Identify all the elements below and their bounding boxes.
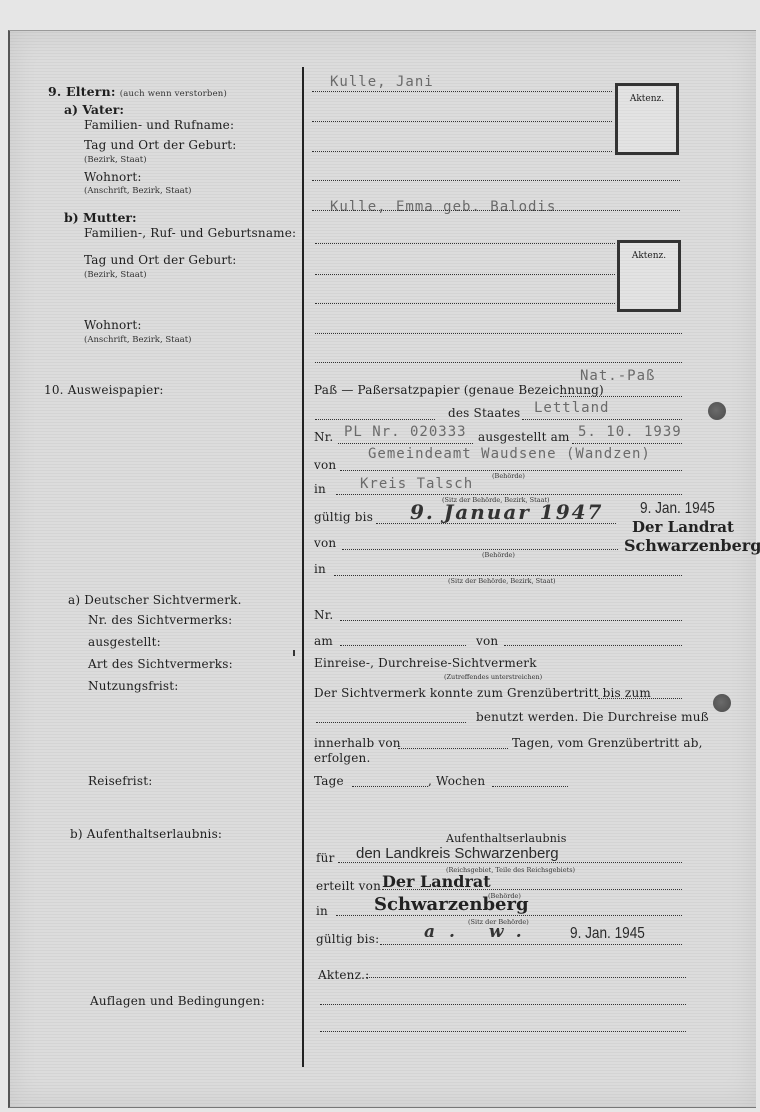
ae-fuer-value: den Landkreis Schwarzenberg [356, 845, 559, 862]
tage-label: Tage [314, 774, 344, 788]
stamp-schwarzenberg: Schwarzenberg [624, 536, 760, 555]
gueltig-label: gültig bis [314, 510, 373, 524]
ae-fuer-label: für [316, 851, 335, 865]
dotted-line [336, 494, 682, 495]
dotted-line [560, 396, 682, 397]
dotted-line [336, 915, 682, 916]
dotted-line [342, 549, 618, 550]
aktenz-box-label: Aktenz. [620, 251, 678, 261]
dotted-line [492, 786, 568, 787]
vater-wohnort-label: Wohnort: [84, 170, 142, 184]
dotted-line [340, 470, 682, 471]
staat-value: Lettland [534, 400, 609, 416]
dotted-line [572, 443, 682, 444]
reisefrist-label: Reisefrist: [88, 774, 152, 788]
gueltig-handwritten-value: 9. Januar 1947 [410, 500, 603, 524]
sichtvermerk-nr-label: Nr. des Sichtvermerks: [88, 613, 232, 627]
behoerde2-sub: (Behörde) [482, 551, 515, 559]
auflagen-label: Auflagen und Bedingungen: [90, 994, 265, 1008]
sitz2-sub: (Sitz der Behörde, Bezirk, Staat) [448, 577, 556, 585]
sv-von-label: von [476, 634, 498, 648]
sichtvermerk-nutzung-label: Nutzungsfrist: [88, 679, 179, 693]
ausgestellt-label: ausgestellt am [478, 430, 570, 444]
in2-label: in [314, 562, 326, 576]
mutter-geburt-label: Tag und Ort der Geburt: [84, 253, 237, 267]
dotted-line [320, 1004, 686, 1005]
aktenz-box-label: Aktenz. [618, 94, 676, 104]
pass-type-value: Nat.-Paß [580, 368, 655, 384]
in-label: in [314, 482, 326, 496]
dotted-line [320, 1031, 686, 1032]
punch-hole [713, 694, 731, 712]
vater-geburt-label: Tag und Ort der Geburt: [84, 138, 237, 152]
dotted-line [380, 944, 682, 945]
vater-name-value: Kulle, Jani [330, 74, 434, 90]
pass-number-value: PL Nr. 020333 [344, 424, 467, 440]
mutter-name-label: Familien-, Ruf- und Geburtsname: [84, 226, 296, 240]
von-label: von [314, 458, 336, 472]
sv-text-3b: Tagen, vom Grenzübertritt ab, [512, 736, 703, 750]
dotted-line [334, 575, 682, 576]
sv-nr-label: Nr. [314, 608, 333, 622]
section-10-title: 10. Ausweispapier: [44, 383, 164, 397]
dotted-line [312, 151, 612, 152]
vater-heading: a) Vater: [64, 102, 124, 117]
ae-erteilt-label: erteilt von [316, 879, 381, 893]
sv-am-label: am [314, 634, 333, 648]
dotted-line [366, 977, 686, 978]
aufenthalt-heading: b) Aufenthaltserlaubnis: [70, 827, 222, 841]
dotted-line [316, 722, 466, 723]
dotted-line [312, 121, 612, 122]
dotted-line [504, 645, 682, 646]
ausgestellt-value: 5. 10. 1939 [578, 424, 682, 440]
dotted-line [315, 274, 615, 275]
behoerde-sub: (Behörde) [492, 472, 525, 480]
ae-in-stamp: Schwarzenberg [374, 894, 529, 915]
dotted-line [312, 210, 680, 211]
dotted-line [340, 645, 466, 646]
ae-gueltig-label: gültig bis: [316, 932, 379, 946]
dotted-line [338, 443, 473, 444]
staat-label: des Staates [448, 406, 520, 420]
dotted-line [338, 862, 682, 863]
aktenz-box-mutter: Aktenz. [617, 240, 681, 312]
sv-art-sub: (Zutreffendes unterstreichen) [444, 673, 542, 681]
vater-name-label: Familien- und Rufname: [84, 118, 234, 132]
section-9-label: 9. Eltern: [48, 84, 116, 99]
pass-label: Paß — Paßersatzpapier (genaue Bezeichnun… [314, 383, 604, 397]
dotted-line [340, 620, 682, 621]
aktenz-box-vater: Aktenz. [615, 83, 679, 155]
dotted-line [315, 243, 615, 244]
dotted-line [382, 889, 682, 890]
sv-text-2: benutzt werden. Die Durchreise muß [476, 710, 709, 724]
mutter-wohnort-sub: (Anschrift, Bezirk, Staat) [84, 335, 191, 345]
mutter-wohnort-label: Wohnort: [84, 318, 142, 332]
ae-gueltig-handwritten: a. w. [424, 922, 536, 942]
dotted-line [398, 748, 508, 749]
section-9-note: (auch wenn verstorben) [120, 89, 227, 99]
punch-hole [708, 402, 726, 420]
stamp-landrat: Der Landrat [632, 518, 734, 536]
ink-mark [293, 650, 295, 656]
in-value: Kreis Talsch [360, 476, 473, 492]
aktenz-label: Aktenz.: [318, 968, 369, 982]
vater-wohnort-sub: (Anschrift, Bezirk, Staat) [84, 186, 191, 196]
mutter-name-value: Kulle, Emma geb. Balodis [330, 199, 556, 215]
sichtvermerk-ausgestellt-label: ausgestellt: [88, 635, 161, 649]
mutter-heading: b) Mutter: [64, 210, 137, 225]
dotted-line [315, 419, 435, 420]
stamp-date: 9. Jan. 1945 [640, 500, 715, 518]
ae-in-label: in [316, 904, 328, 918]
section-9-title: 9. Eltern: (auch wenn verstorben) [48, 84, 227, 99]
dotted-line [312, 180, 680, 181]
dotted-line [352, 786, 428, 787]
sichtvermerk-art-label: Art des Sichtvermerks: [88, 657, 233, 671]
sv-text-3a: innerhalb von [314, 736, 401, 750]
ae-gueltig-date: 9. Jan. 1945 [570, 925, 645, 943]
dotted-line [315, 333, 682, 334]
mutter-geburt-sub: (Bezirk, Staat) [84, 270, 147, 280]
dotted-line [315, 362, 682, 363]
sv-art-text: Einreise-, Durchreise-Sichtvermerk [314, 656, 537, 670]
dotted-line [312, 91, 612, 92]
sichtvermerk-heading: a) Deutscher Sichtvermerk. [68, 593, 242, 607]
column-divider [302, 67, 304, 1067]
vater-geburt-sub: (Bezirk, Staat) [84, 155, 147, 165]
wochen-label: , Wochen [428, 774, 485, 788]
von2-label: von [314, 536, 336, 550]
ausstellende-behoerde-value: Gemeindeamt Waudsene (Wandzen) [368, 446, 651, 462]
dotted-line [315, 303, 615, 304]
dotted-line [598, 698, 682, 699]
dotted-line [522, 419, 682, 420]
ae-heading: Aufenthaltserlaubnis [446, 832, 567, 845]
nr-label: Nr. [314, 430, 333, 444]
sv-text-4: erfolgen. [314, 751, 370, 765]
